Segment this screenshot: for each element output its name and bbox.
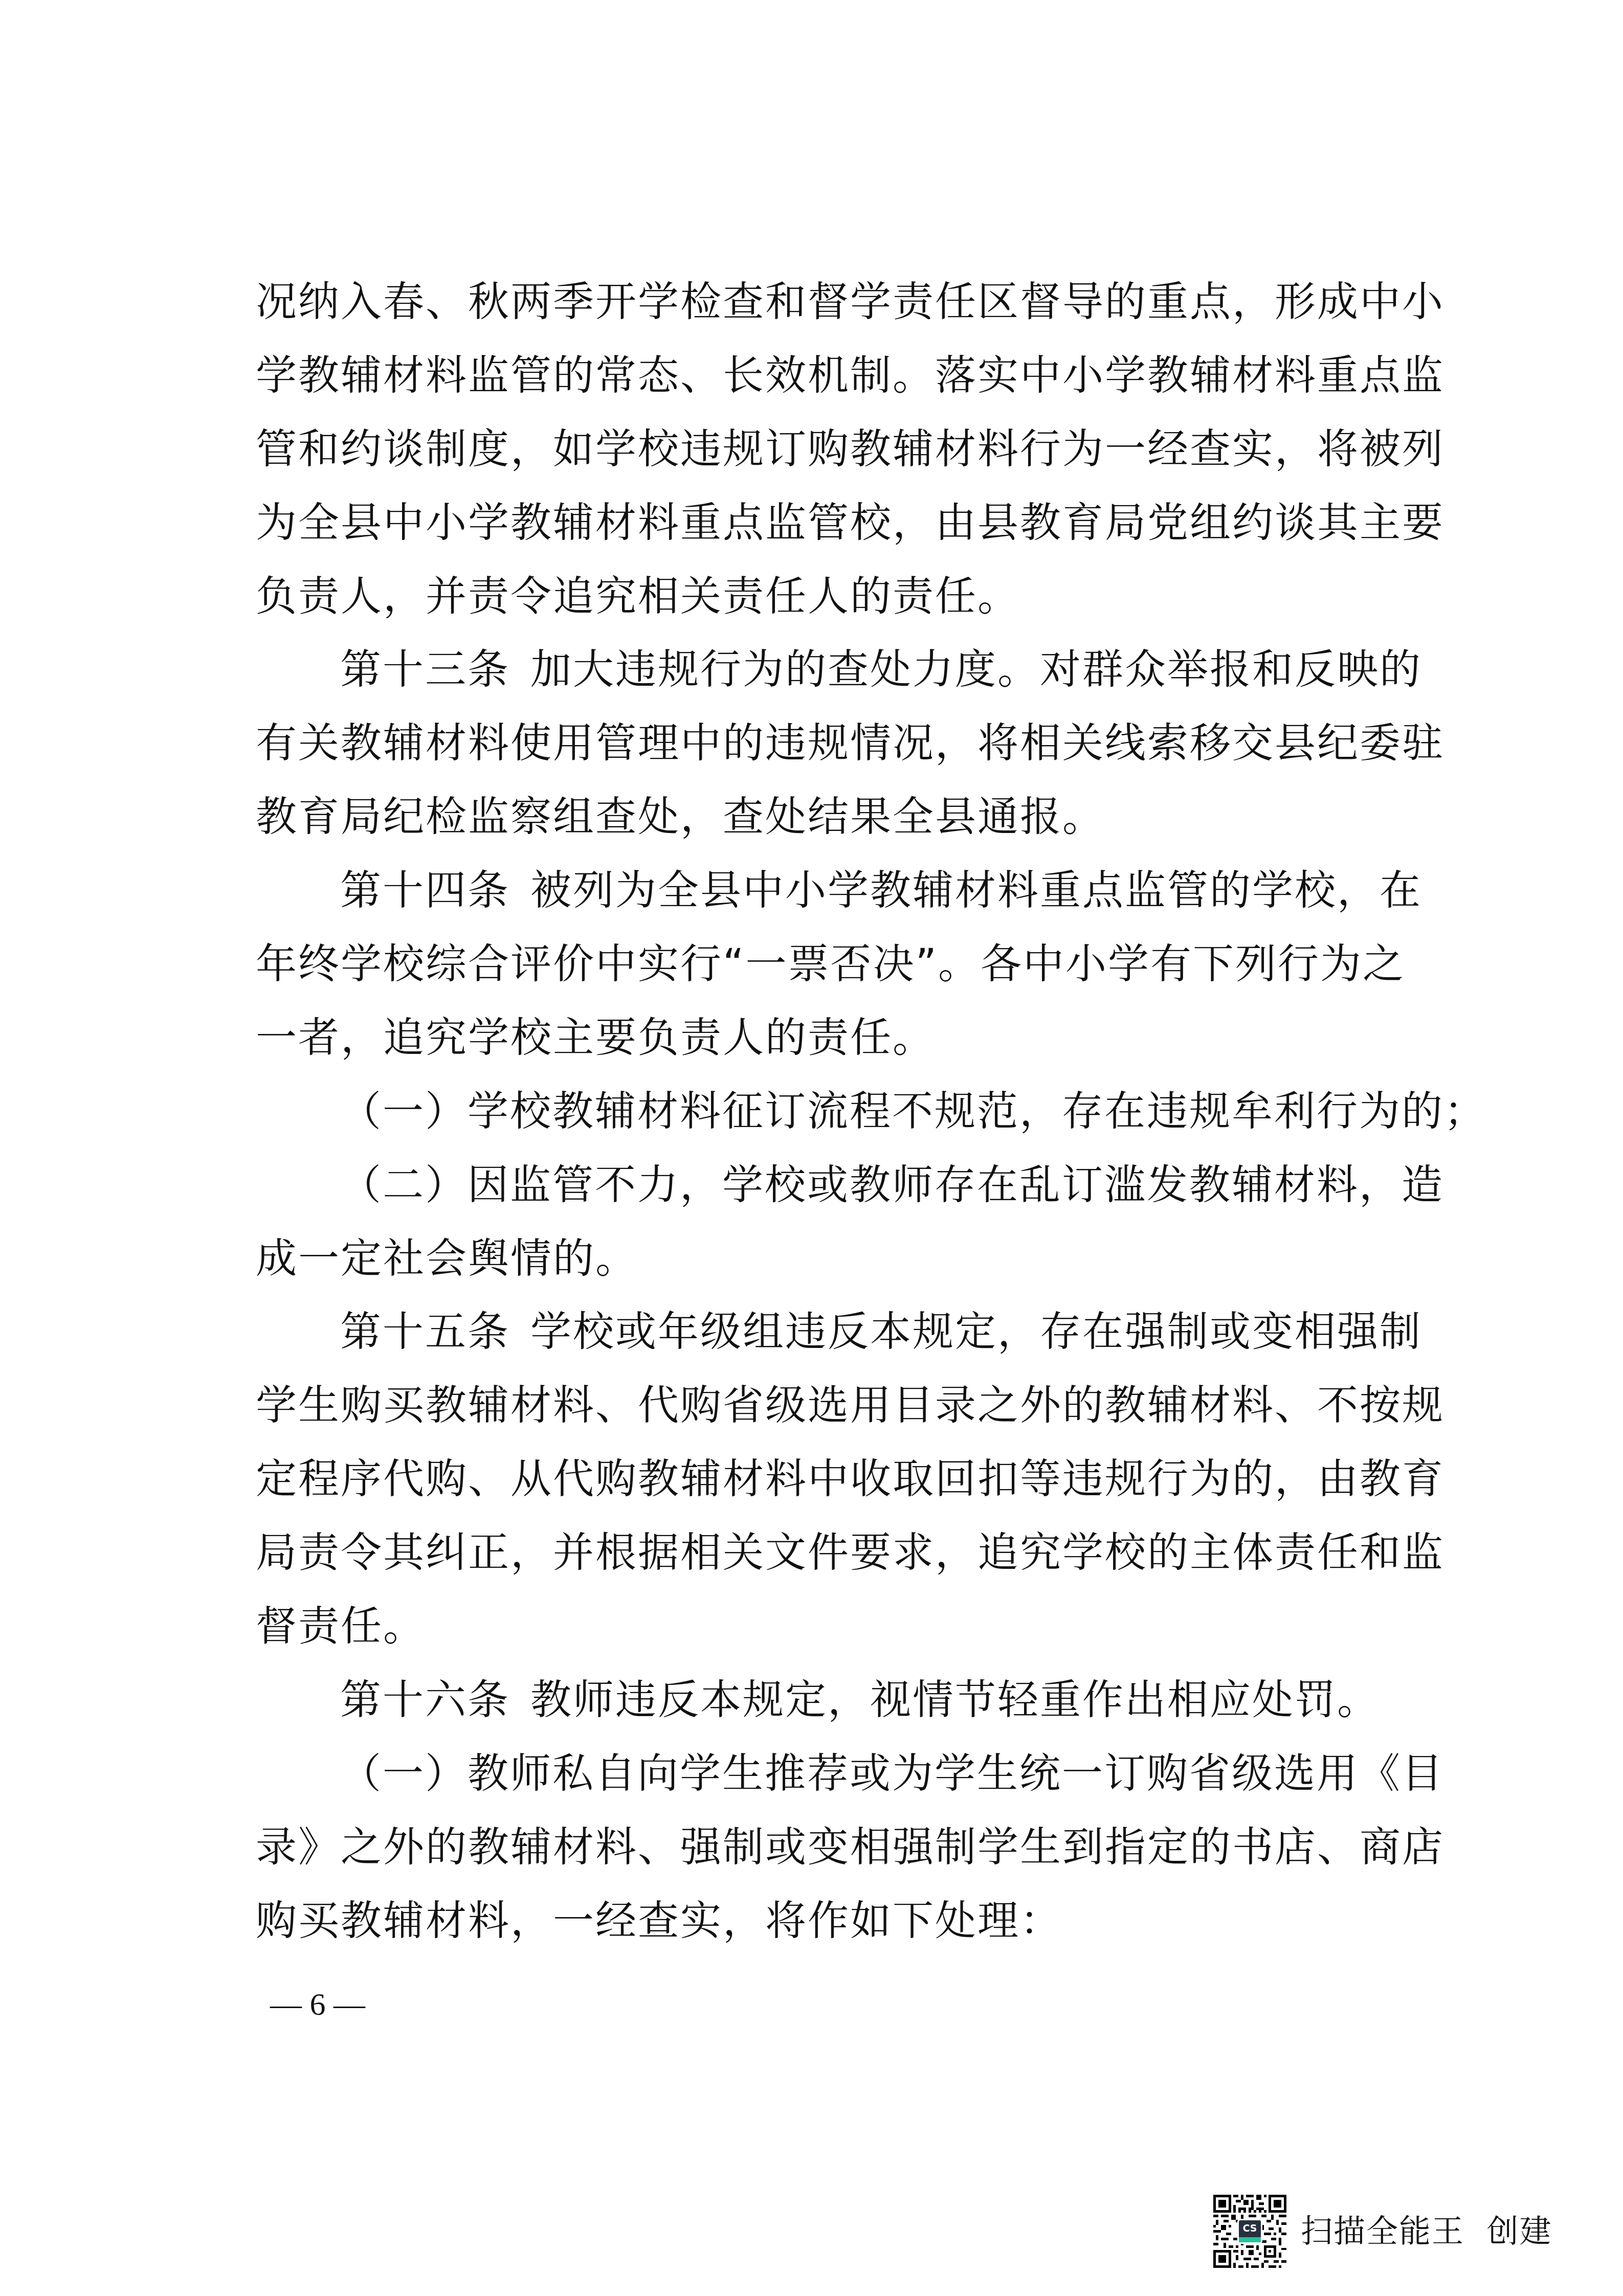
line-text: （一）教师私自向学生推荐或为学生统一订购省级选用《目 xyxy=(340,1749,1444,1797)
list-item-3: （一）教师私自向学生推荐或为学生统一订购省级选用《目 xyxy=(256,1737,1404,1810)
text-line-16: 学生购买教辅材料、代购省级选用目录之外的教辅材料、不按规 xyxy=(256,1368,1404,1442)
document-body: 况纳入春、秋两季开学检查和督学责任区督导的重点，形成中小 学教辅材料监管的常态、… xyxy=(256,265,1404,1957)
page-number: — 6 — xyxy=(270,1984,365,2025)
text-line-3: 管和约谈制度，如学校违规订购教辅材料行为一经查实，将被列 xyxy=(256,412,1404,486)
line-text: 督责任。 xyxy=(256,1602,426,1650)
text-line-18: 局责令其纠正，并根据相关文件要求，追究学校的主体责任和监 xyxy=(256,1516,1404,1589)
logo-text: CS xyxy=(1239,2222,1261,2235)
line-text: 况纳入春、秋两季开学检查和督学责任区督导的重点，形成中小 xyxy=(256,278,1444,325)
text-line-8: 教育局纪检监察组查处，查处结果全县通报。 xyxy=(256,780,1404,853)
line-text: 学生购买教辅材料、代购省级选用目录之外的教辅材料、不按规 xyxy=(256,1381,1444,1429)
line-text: 成一定社会舆情的。 xyxy=(256,1234,638,1282)
text-line-1: 况纳入春、秋两季开学检查和督学责任区督导的重点，形成中小 xyxy=(256,265,1404,339)
text-line-17: 定程序代购、从代购教辅材料中收取回扣等违规行为的，由教育 xyxy=(256,1442,1404,1516)
text-line-10: 年终学校综合评价中实行“一票否决”。各中小学有下列行为之 xyxy=(256,927,1404,1001)
line-text: 为全县中小学教辅材料重点监管校，由县教育局党组约谈其主要 xyxy=(256,499,1444,546)
line-text: 录》之外的教辅材料、强制或变相强制学生到指定的书店、商店 xyxy=(256,1823,1444,1871)
line-text: 一者，追究学校主要负责人的责任。 xyxy=(256,1014,935,1061)
article-label: 第十五条 xyxy=(340,1308,510,1355)
text-line-22: 录》之外的教辅材料、强制或变相强制学生到指定的书店、商店 xyxy=(256,1810,1404,1884)
line-text: 局责令其纠正，并根据相关文件要求，追究学校的主体责任和监 xyxy=(256,1528,1444,1576)
article-13-heading-line: 第十三条加大违规行为的查处力度。对群众举报和反映的 xyxy=(256,633,1404,706)
line-text: 管和约谈制度，如学校违规订购教辅材料行为一经查实，将被列 xyxy=(256,425,1444,472)
scanner-watermark: CS 扫描全能王 创建 xyxy=(1213,2195,1552,2268)
document-page: 况纳入春、秋两季开学检查和督学责任区督导的重点，形成中小 学教辅材料监管的常态、… xyxy=(0,0,1623,2296)
text-line-4: 为全县中小学教辅材料重点监管校，由县教育局党组约谈其主要 xyxy=(256,486,1404,559)
text-line-11: 一者，追究学校主要负责人的责任。 xyxy=(256,1001,1404,1074)
list-item-2: （二）因监管不力，学校或教师存在乱订滥发教辅材料，造 xyxy=(256,1148,1404,1222)
text-line-19: 督责任。 xyxy=(256,1589,1404,1663)
qr-code-icon: CS xyxy=(1213,2195,1286,2268)
article-label: 第十四条 xyxy=(340,866,510,914)
line-text: 被列为全县中小学教辅材料重点监管的学校，在 xyxy=(530,866,1422,914)
line-text: （二）因监管不力，学校或教师存在乱订滥发教辅材料，造 xyxy=(340,1161,1444,1208)
text-line-23: 购买教辅材料，一经查实，将作如下处理： xyxy=(256,1884,1404,1957)
article-15-heading-line: 第十五条学校或年级组违反本规定，存在强制或变相强制 xyxy=(256,1295,1404,1368)
line-text: 学校或年级组违反本规定，存在强制或变相强制 xyxy=(530,1308,1422,1355)
line-text: 定程序代购、从代购教辅材料中收取回扣等违规行为的，由教育 xyxy=(256,1455,1444,1502)
logo-accent-band xyxy=(1239,2237,1261,2242)
article-label: 第十三条 xyxy=(340,645,510,693)
line-text: 加大违规行为的查处力度。对群众举报和反映的 xyxy=(530,645,1422,693)
text-line-2: 学教辅材料监管的常态、长效机制。落实中小学教辅材料重点监 xyxy=(256,339,1404,412)
text-line-5: 负责人，并责令追究相关责任人的责任。 xyxy=(256,559,1404,633)
line-text: 学教辅材料监管的常态、长效机制。落实中小学教辅材料重点监 xyxy=(256,351,1444,399)
line-text: 年终学校综合评价中实行“一票否决”。各中小学有下列行为之 xyxy=(256,940,1405,987)
text-line-14: 成一定社会舆情的。 xyxy=(256,1222,1404,1295)
text-line-7: 有关教辅材料使用管理中的违规情况，将相关线索移交县纪委驻 xyxy=(256,706,1404,780)
article-label: 第十六条 xyxy=(340,1676,510,1723)
line-text: 教育局纪检监察组查处，查处结果全县通报。 xyxy=(256,793,1105,840)
line-text: 负责人，并责令追究相关责任人的责任。 xyxy=(256,572,1020,620)
article-14-heading-line: 第十四条被列为全县中小学教辅材料重点监管的学校，在 xyxy=(256,853,1404,927)
line-text: 教师违反本规定，视情节轻重作出相应处罚。 xyxy=(530,1676,1380,1723)
line-text: （一）学校教辅材料征订流程不规范，存在违规牟利行为的； xyxy=(340,1087,1486,1135)
watermark-label: 扫描全能王 创建 xyxy=(1301,2195,1552,2268)
camscanner-logo-icon: CS xyxy=(1237,2219,1262,2244)
line-text: 购买教辅材料，一经查实，将作如下处理： xyxy=(256,1897,1062,1944)
list-item-1: （一）学校教辅材料征订流程不规范，存在违规牟利行为的； xyxy=(256,1074,1404,1148)
line-text: 有关教辅材料使用管理中的违规情况，将相关线索移交县纪委驻 xyxy=(256,719,1444,767)
article-16-heading-line: 第十六条教师违反本规定，视情节轻重作出相应处罚。 xyxy=(256,1663,1404,1737)
